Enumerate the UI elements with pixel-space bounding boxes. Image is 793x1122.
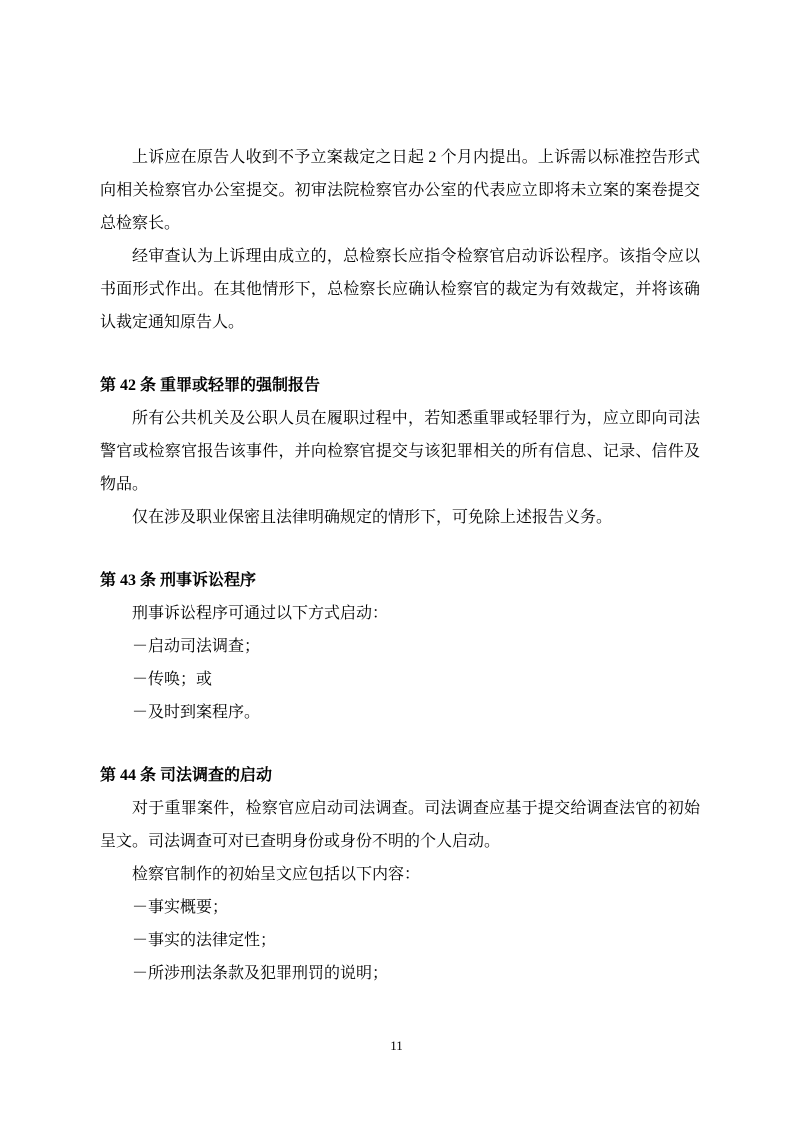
paragraph: 检察官制作的初始呈文应包括以下内容：: [100, 858, 700, 891]
article-44-heading: 第 44 条 司法调查的启动: [100, 759, 700, 792]
list-item: －及时到案程序。: [100, 696, 700, 729]
document-page: 上诉应在原告人收到不予立案裁定之日起 2 个月内提出。上诉需以标准控告形式向相关…: [0, 0, 793, 1122]
paragraph: 仅在涉及职业保密且法律明确规定的情形下，可免除上述报告义务。: [100, 501, 700, 534]
article-42-heading: 第 42 条 重罪或轻罪的强制报告: [100, 369, 700, 402]
paragraph: 所有公共机关及公职人员在履职过程中，若知悉重罪或轻罪行为，应立即向司法警官或检察…: [100, 402, 700, 501]
article-43-heading: 第 43 条 刑事诉讼程序: [100, 564, 700, 597]
paragraph: 经审查认为上诉理由成立的，总检察长应指令检察官启动诉讼程序。该指令应以书面形式作…: [100, 240, 700, 339]
paragraph: 刑事诉讼程序可通过以下方式启动：: [100, 597, 700, 630]
paragraph: 上诉应在原告人收到不予立案裁定之日起 2 个月内提出。上诉需以标准控告形式向相关…: [100, 141, 700, 240]
list-item: －传唤；或: [100, 663, 700, 696]
page-number: 11: [0, 1036, 793, 1056]
list-item: －启动司法调查；: [100, 630, 700, 663]
list-item: －所涉刑法条款及犯罪刑罚的说明；: [100, 957, 700, 990]
document-content: 上诉应在原告人收到不予立案裁定之日起 2 个月内提出。上诉需以标准控告形式向相关…: [100, 141, 700, 990]
list-item: －事实的法律定性；: [100, 924, 700, 957]
paragraph: 对于重罪案件，检察官应启动司法调查。司法调查应基于提交给调查法官的初始呈文。司法…: [100, 792, 700, 858]
list-item: －事实概要；: [100, 891, 700, 924]
